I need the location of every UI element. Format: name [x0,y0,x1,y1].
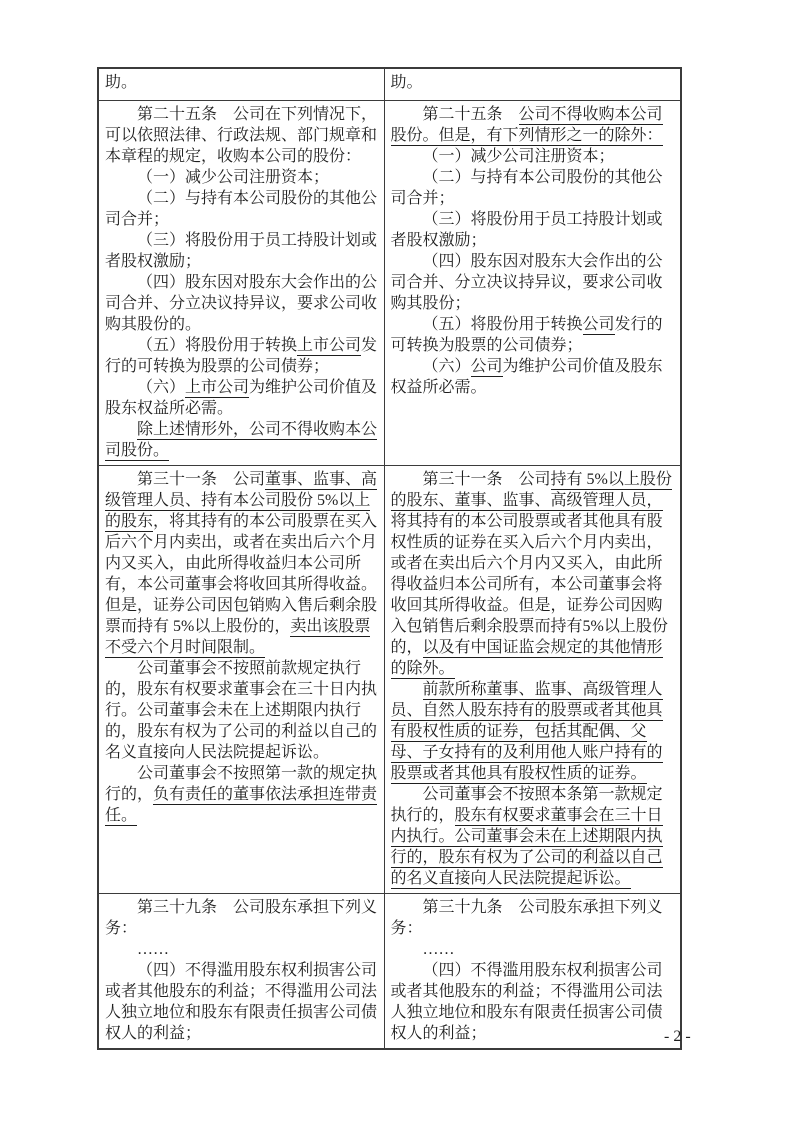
text-run: （四）股东因对股东大会作出的公司合并、分立决议持异议，要求公司收购其股份的。 [105,274,377,333]
paragraph: 公司董事会不按照前款规定执行的，股东有权要求董事会在三十日内执行。公司董事会未在… [105,658,378,763]
text-run: …… [423,941,455,958]
text-run: 助。 [105,74,137,91]
text-run: （一）减少公司注册资本； [423,148,615,165]
paragraph: （二）与持有本公司股份的其他公司合并； [391,167,675,209]
underlined-revision-text: 公司 [583,316,615,335]
paragraph: 第二十五条 公司不得收购本公司股份。但是，有下列情形之一的除外： [391,104,675,146]
old-version-cell: 助。 [98,68,384,101]
paragraph: 前款所称董事、监事、高级管理人员、自然人股东持有的股票或者其他具有股权性质的证券… [391,679,675,784]
old-version-cell: 第三十九条 公司股东承担下列义务：……（四）不得滥用股东权利损害公司或者其他股东… [98,894,384,1050]
text-run: （六） [137,379,185,396]
text-run: …… [137,941,169,958]
text-run: （四）不得滥用股东权利损害公司或者其他股东的利益；不得滥用公司法人独立地位和股东… [105,962,377,1042]
underlined-revision-text: 上市公司 [185,379,249,398]
text-run: （一）减少公司注册资本； [137,169,329,186]
old-version-cell: 第三十一条 公司董事、监事、高级管理人员、持有本公司股份 5%以上的股东，将其持… [98,466,384,894]
text-run: （二）与持有本公司股份的其他公司合并； [105,190,377,228]
text-run: 第三十九条 公司股东承担下列义务： [391,899,663,937]
paragraph: （四）不得滥用股东权利损害公司或者其他股东的利益；不得滥用公司法人独立地位和股东… [391,960,675,1044]
paragraph: 第三十一条 公司董事、监事、高级管理人员、持有本公司股份 5%以上的股东，将其持… [105,469,378,658]
text-run: ，将其持有的本公司股票在买入后六个月内卖出，或者在卖出后六个月内又买入，由此所得… [105,513,377,635]
article-25-row: 第二十五条 公司在下列情况下，可以依照法律、行政法规、部门规章和本章程的规定，收… [98,101,681,466]
paragraph: 除上述情形外，公司不得收购本公司股份。 [105,419,378,461]
paragraph: （三）将股份用于员工持股计划或者股权激励； [105,230,378,272]
text-run: 公司董事会不按照前款规定执行的，股东有权要求董事会在三十日内执行。公司董事会未在… [105,660,377,761]
paragraph: （二）与持有本公司股份的其他公司合并； [105,188,378,230]
text-run: （三）将股份用于员工持股计划或者股权激励； [105,232,377,270]
text-run: 第三十九条 公司股东承担下列义务： [105,899,377,937]
underlined-revision-text: 除上述情形外，公司不得收购本公司股份。 [105,421,377,461]
text-run: （四）股东因对股东大会作出的公司合并、分立决议持异议，要求公司收购其股份； [391,253,663,312]
paragraph: （四）股东因对股东大会作出的公司合并、分立决议持异议，要求公司收购其股份； [391,251,675,314]
text-run: 第三十一条 公司 [423,471,551,488]
text-run: 第二十五条 [423,106,519,123]
page-number: - 2 - [664,1026,691,1047]
paragraph: 助。 [391,72,675,93]
paragraph: （五）将股份用于转换上市公司发行的可转换为股票的公司债券； [105,335,378,377]
paragraph: （一）减少公司注册资本； [391,146,675,167]
comparison-table: 助。 助。 第二十五条 公司在下列情况下，可以依照法律、行政法规、部门规章和本章… [97,67,682,1050]
text-run: （二）与持有本公司股份的其他公司合并； [391,169,663,207]
text-run: 助。 [391,74,423,91]
paragraph: …… [105,939,378,960]
paragraph: 第三十一条 公司持有 5%以上股份的股东、董事、监事、高级管理人员，将其持有的本… [391,469,675,679]
paragraph: （三）将股份用于员工持股计划或者股权激励； [391,209,675,251]
text-run: （三）将股份用于员工持股计划或者股权激励； [391,211,663,249]
text-run: （四）不得滥用股东权利损害公司或者其他股东的利益；不得滥用公司法人独立地位和股东… [391,962,663,1042]
paragraph: …… [391,939,675,960]
carryover-row: 助。 助。 [98,68,681,101]
underlined-revision-text: 公司 [471,358,503,377]
paragraph: 公司董事会不按照第一款的规定执行的，负有责任的董事依法承担连带责任。 [105,763,378,826]
new-version-cell: 第三十九条 公司股东承担下列义务：……（四）不得滥用股东权利损害公司或者其他股东… [384,894,681,1050]
underlined-revision-text: 上市公司 [297,337,361,356]
text-run: 将其持有的本公司股票或者其他具有股权性质的证券在买入后六个月内卖出，或者在卖出后… [391,513,668,656]
underlined-revision-text: 以及有中国证监会规定的其他情形的除外。 [391,639,663,679]
paragraph: （四）不得滥用股东权利损害公司或者其他股东的利益；不得滥用公司法人独立地位和股东… [105,960,378,1044]
paragraph: （五）将股份用于转换公司发行的可转换为股票的公司债券； [391,314,675,356]
paragraph: 第二十五条 公司在下列情况下，可以依照法律、行政法规、部门规章和本章程的规定，收… [105,104,378,167]
text-run: （五）将股份用于转换 [423,316,583,333]
text-run: （六） [423,358,471,375]
paragraph: （四）股东因对股东大会作出的公司合并、分立决议持异议，要求公司收购其股份的。 [105,272,378,335]
text-run: 第二十五条 公司在下列情况下，可以依照法律、行政法规、部门规章和本章程的规定，收… [105,106,377,165]
text-run: （五）将股份用于转换 [137,337,297,354]
paragraph: 助。 [105,72,378,93]
paragraph: （六）上市公司为维护公司价值及股东权益所必需。 [105,377,378,419]
paragraph: （一）减少公司注册资本； [105,167,378,188]
new-version-cell: 助。 [384,68,681,101]
paragraph: 第三十九条 公司股东承担下列义务： [391,897,675,939]
text-run: 第三十一条 公司 [137,471,265,488]
paragraph: 公司董事会不按照本条第一款规定执行的，股东有权要求董事会在三十日内执行。公司董事… [391,784,675,889]
article-31-row: 第三十一条 公司董事、监事、高级管理人员、持有本公司股份 5%以上的股东，将其持… [98,466,681,894]
underlined-revision-text: 前款所称董事、监事、高级管理人员、自然人股东持有的股票或者其他具有股权性质的证券… [391,681,663,784]
paragraph: （六）公司为维护公司价值及股东权益所必需。 [391,356,675,398]
article-39-row: 第三十九条 公司股东承担下列义务：……（四）不得滥用股东权利损害公司或者其他股东… [98,894,681,1050]
document-page: 助。 助。 第二十五条 公司在下列情况下，可以依照法律、行政法规、部门规章和本章… [0,0,800,1131]
new-version-cell: 第二十五条 公司不得收购本公司股份。但是，有下列情形之一的除外：（一）减少公司注… [384,101,681,466]
paragraph: 第三十九条 公司股东承担下列义务： [105,897,378,939]
old-version-cell: 第二十五条 公司在下列情况下，可以依照法律、行政法规、部门规章和本章程的规定，收… [98,101,384,466]
new-version-cell: 第三十一条 公司持有 5%以上股份的股东、董事、监事、高级管理人员，将其持有的本… [384,466,681,894]
